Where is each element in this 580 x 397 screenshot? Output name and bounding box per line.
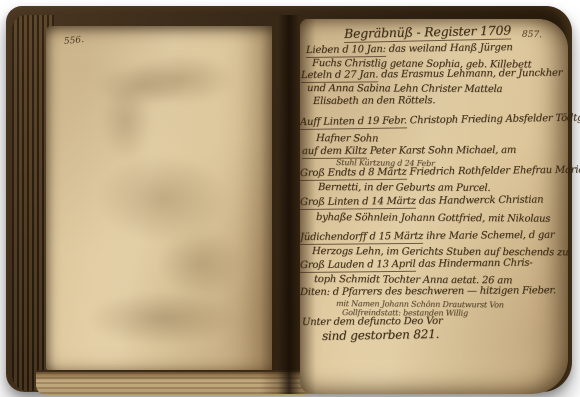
manuscript-line: Groß Endts d 8 Märtz Friedrich Rothfelde… [300, 165, 580, 179]
manuscript-line: Leteln d 27 Jan. das Erasmus Lehmann, de… [301, 68, 562, 81]
right-page: 857. Begräbnüß - Register 1709Lieben d 1… [300, 19, 568, 394]
manuscript-line: Unter dem defuncto Deo Vor [302, 316, 443, 328]
manuscript-lines: Begräbnüß - Register 1709Lieben d 10 Jan… [300, 19, 568, 394]
manuscript-line: Elisabeth an den Röttels. [313, 95, 435, 107]
ink-stain [106, 44, 256, 114]
ink-stain [76, 56, 206, 116]
manuscript-line: byhaße Söhnlein Johann Gottfried, mit Ni… [316, 212, 550, 225]
ink-stain [91, 66, 161, 176]
manuscript-line: toph Schmidt Tochter Anna aetat. 26 am [314, 274, 512, 286]
manuscript-line: Hafner Sohn [316, 133, 378, 145]
page-stack-edge [36, 370, 310, 395]
manuscript-line: und Anna Sabina Lehn Christer Mattela [307, 83, 502, 95]
manuscript-line: auf dem Kiltz Peter Karst Sohn Michael, … [302, 145, 516, 157]
manuscript-line: Diten: d Pfarrers des beschweren — hitzi… [300, 285, 556, 298]
manuscript-line: Auff Linten d 19 Febr. Christoph Friedin… [300, 112, 580, 128]
manuscript-line: Groß Lauden d 13 April das Hindermann Ch… [300, 258, 533, 271]
book-cover: 556. 857. Begräbnüß - Register 1709Liebe… [6, 6, 572, 392]
manuscript-line: Jüdichendorff d 15 Märtz ihre Marie Sche… [300, 230, 555, 243]
manuscript-line: Begräbnüß - Register 1709 [344, 23, 511, 41]
left-page-number: 556. [64, 35, 85, 47]
manuscript-line: Groß Linten d 14 Märtz das Handwerck Chr… [300, 194, 543, 208]
ink-stain [60, 281, 265, 356]
ink-stain [141, 216, 261, 311]
left-page: 556. [46, 26, 272, 373]
ink-stain [70, 136, 255, 261]
manuscript-line: Lieben d 10 Jan: das weiland Hanß Jürgen [306, 42, 513, 56]
manuscript-photo: 556. 857. Begräbnüß - Register 1709Liebe… [0, 0, 580, 397]
manuscript-line: Herzogs Lehn, im Gerichts Stuben auf bes… [312, 246, 568, 258]
manuscript-line: sind gestorben 821. [322, 327, 439, 343]
manuscript-line: Bernetti, in der Geburts am Purcel. [318, 182, 490, 194]
